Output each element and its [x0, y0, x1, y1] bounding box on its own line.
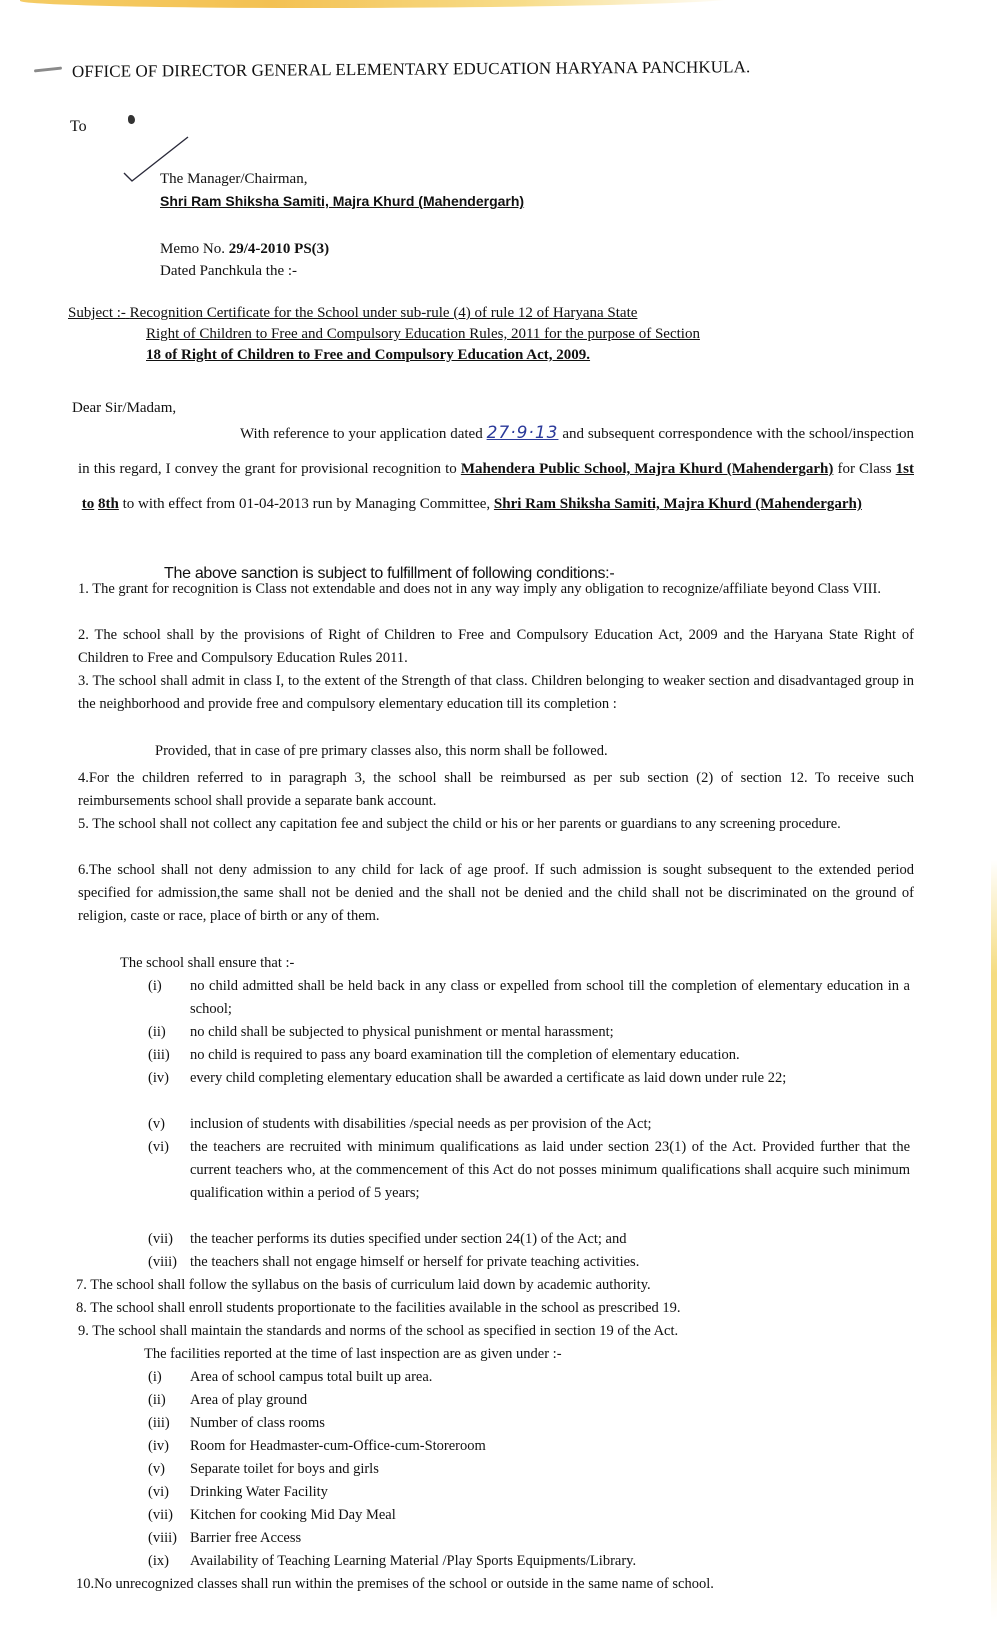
memo-number-line: Memo No. 29/4-2010 PS(3) [160, 238, 329, 260]
subject-line-3: 18 of Right of Children to Free and Comp… [68, 345, 828, 366]
ensure-intro: The school shall ensure that :- [120, 952, 294, 975]
memo-number: 29/4-2010 PS(3) [229, 241, 329, 257]
condition-1: 1. The grant for recognition is Class no… [78, 578, 914, 601]
condition-6: 6.The school shall not deny admission to… [78, 859, 914, 928]
ensure-item-7: (vii)the teacher performs its duties spe… [148, 1228, 918, 1251]
ensure-item-2: (ii)no child shall be subjected to physi… [148, 1021, 918, 1044]
paper-stain [20, 0, 740, 8]
ensure-item-6: (vi)the teachers are recruited with mini… [148, 1136, 918, 1205]
ensure-item-5: (v)inclusion of students with disabiliti… [148, 1113, 918, 1136]
addressee-organization: Shri Ram Shiksha Samiti, Majra Khurd (Ma… [160, 190, 524, 212]
class-to-label: to [82, 496, 95, 512]
to-label: To [70, 118, 87, 136]
facility-item-3: (iii)Number of class rooms [148, 1412, 918, 1435]
addressee-title: The Manager/Chairman, [160, 168, 524, 190]
handwritten-application-date: 27·9·13 [487, 423, 559, 443]
subject-line-1: Recognition Certificate for the School u… [130, 305, 638, 321]
ensure-item-4: (iv)every child completing elementary ed… [148, 1067, 918, 1090]
condition-3: 3. The school shall admit in class I, to… [78, 670, 914, 716]
intro-text-1: With reference to your application dated [240, 426, 483, 442]
subject-block: Subject :- Recognition Certificate for t… [68, 303, 828, 366]
managing-committee: Shri Ram Shiksha Samiti, Majra Khurd (Ma… [494, 496, 862, 512]
memo-label: Memo No. [160, 241, 225, 257]
paper-edge [991, 860, 997, 1620]
condition-8: 8. The school shall enroll students prop… [76, 1297, 681, 1320]
pencil-mark [34, 67, 62, 73]
facility-item-9: (ix)Availability of Teaching Learning Ma… [148, 1550, 918, 1573]
school-name: Mahendera Public School, Majra Khurd (Ma… [461, 461, 834, 477]
class-to: 8th [98, 496, 119, 512]
condition-3-proviso: Provided, that in case of pre primary cl… [155, 740, 608, 763]
condition-9: 9. The school shall maintain the standar… [78, 1320, 916, 1343]
subject-line-2: Right of Children to Free and Compulsory… [68, 324, 828, 345]
memo-dated: Dated Panchkula the :- [160, 260, 329, 282]
facility-item-6: (vi)Drinking Water Facility [148, 1481, 918, 1504]
office-heading: OFFICE OF DIRECTOR GENERAL ELEMENTARY ED… [72, 57, 750, 82]
class-from: 1st [896, 461, 914, 477]
salutation: Dear Sir/Madam, [72, 400, 176, 417]
subject-label: Subject :- [68, 305, 126, 321]
condition-5: 5. The school shall not collect any capi… [78, 813, 914, 836]
facility-item-5: (v)Separate toilet for boys and girls [148, 1458, 918, 1481]
condition-7: 7. The school shall follow the syllabus … [76, 1274, 651, 1297]
ensure-item-8: (viii)the teachers shall not engage hims… [148, 1251, 918, 1274]
intro-paragraph: With reference to your application dated… [78, 416, 914, 522]
ensure-item-3: (iii)no child is required to pass any bo… [148, 1044, 918, 1067]
facility-item-2: (ii)Area of play ground [148, 1389, 918, 1412]
intro-text-3: for Class [837, 461, 891, 477]
intro-text-4: to with effect from 01-04-2013 run by Ma… [123, 496, 491, 512]
condition-10: 10.No unrecognized classes shall run wit… [76, 1573, 714, 1596]
facility-item-8: (viii)Barrier free Access [148, 1527, 918, 1550]
facility-item-7: (vii)Kitchen for cooking Mid Day Meal [148, 1504, 918, 1527]
facility-item-1: (i)Area of school campus total built up … [148, 1366, 918, 1389]
addressee-block: The Manager/Chairman, Shri Ram Shiksha S… [160, 168, 524, 212]
condition-4: 4.For the children referred to in paragr… [78, 767, 914, 813]
condition-2: 2. The school shall by the provisions of… [78, 624, 914, 670]
facility-item-4: (iv)Room for Headmaster-cum-Office-cum-S… [148, 1435, 918, 1458]
ink-blot [128, 115, 135, 124]
ensure-item-1: (i)no child admitted shall be held back … [148, 975, 918, 1021]
memo-block: Memo No. 29/4-2010 PS(3) Dated Panchkula… [160, 238, 329, 282]
facilities-intro: The facilities reported at the time of l… [144, 1343, 562, 1366]
